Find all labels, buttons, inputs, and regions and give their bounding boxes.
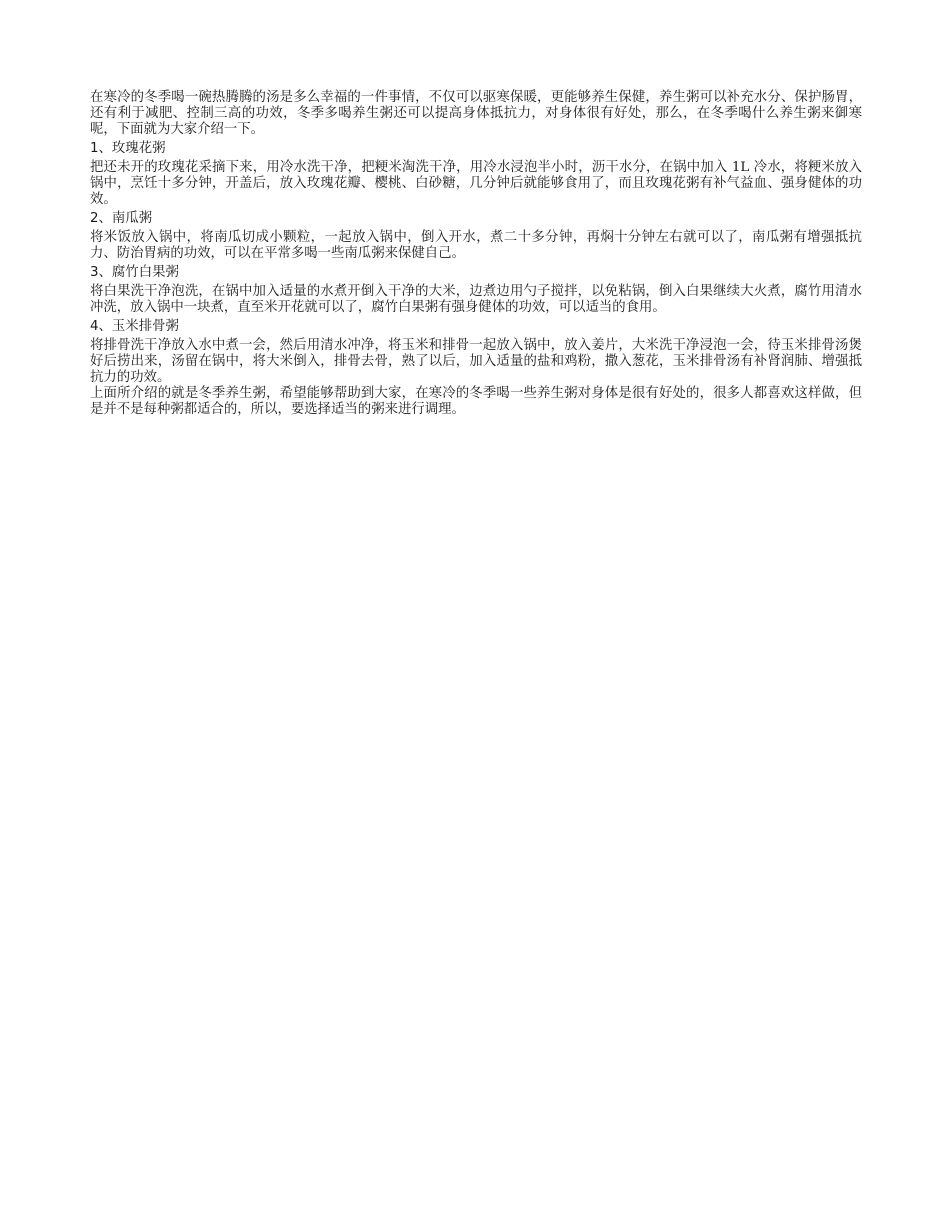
section-heading-3: 3、腐竹白果粥 <box>90 265 862 281</box>
section-body-1: 把还未开的玫瑰花采摘下来，用冷水洗干净，把粳米淘洗干净，用冷水浸泡半小时，沥干水… <box>90 160 862 208</box>
section-title: 玉米排骨粥 <box>112 319 179 334</box>
section-heading-1: 1、玫瑰花粥 <box>90 141 862 157</box>
intro-paragraph: 在寒冷的冬季喝一碗热腾腾的汤是多么幸福的一件事情，不仅可以驱寒保暖，更能够养生保… <box>90 90 862 138</box>
conclusion-paragraph: 上面所介绍的就是冬季养生粥，希望能够帮助到大家，在寒冷的冬季喝一些养生粥对身体是… <box>90 386 862 418</box>
section-body-3: 将白果洗干净泡洗，在锅中加入适量的水煮开倒入干净的大米，边煮边用勺子搅拌，以免粘… <box>90 284 862 316</box>
section-heading-4: 4、玉米排骨粥 <box>90 319 862 335</box>
section-number: 1、 <box>90 141 112 156</box>
section-body-4: 将排骨洗干净放入水中煮一会，然后用清水冲净，将玉米和排骨一起放入锅中，放入姜片，… <box>90 338 862 386</box>
section-body-2: 将米饭放入锅中，将南瓜切成小颗粒，一起放入锅中，倒入开水，煮二十多分钟，再焖十分… <box>90 230 862 262</box>
section-title: 腐竹白果粥 <box>112 265 179 280</box>
section-title: 南瓜粥 <box>112 211 152 226</box>
section-number: 3、 <box>90 265 112 280</box>
section-heading-2: 2、南瓜粥 <box>90 211 862 227</box>
document-body: 在寒冷的冬季喝一碗热腾腾的汤是多么幸福的一件事情，不仅可以驱寒保暖，更能够养生保… <box>90 90 862 418</box>
section-number: 2、 <box>90 211 112 226</box>
section-number: 4、 <box>90 319 112 334</box>
section-title: 玫瑰花粥 <box>112 141 166 156</box>
